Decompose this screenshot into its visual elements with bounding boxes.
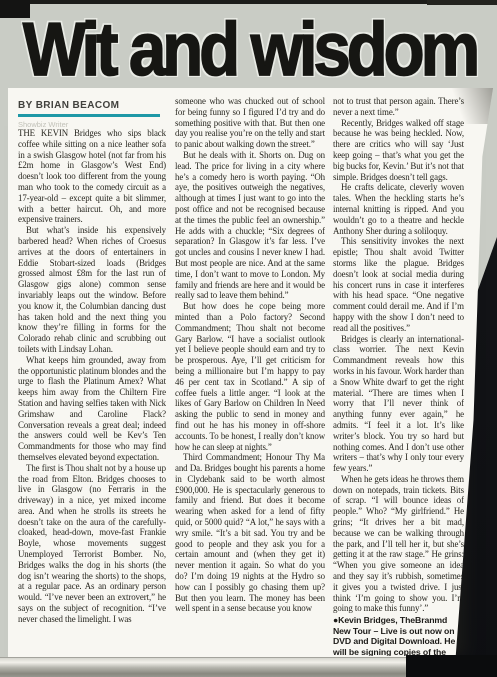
article-paper: BY BRIAN BEACOM Showbiz Writer THE KEVIN…: [8, 88, 497, 660]
newspaper-clipping-scan: Wit and wisdom BY BRIAN BEACOM Showbiz W…: [0, 0, 497, 677]
byline-block: BY BRIAN BEACOM Showbiz Writer: [18, 100, 168, 129]
paragraph: This sensitivity invokes the next epistl…: [333, 236, 464, 333]
paragraph: But how does he cope being more minted t…: [175, 301, 325, 452]
dvd-signing-note: ●Kevin Bridges, TheBranmd New Tour – Liv…: [333, 615, 464, 656]
paragraph: But what’s inside his expensively barber…: [18, 225, 166, 355]
byline-rule: [18, 114, 160, 117]
paragraph: But he deals with it. Shorts on. Dug on …: [175, 150, 325, 301]
scan-edge-bottom: [0, 657, 412, 677]
article-headline: Wit and wisdom: [4, 0, 495, 102]
paragraph: The first is Thou shalt not by a house u…: [18, 463, 166, 625]
paragraph: Bridges is clearly an international-clas…: [333, 334, 464, 474]
article-column-2: someone who was chucked out of school fo…: [175, 96, 325, 656]
paragraph: He crafts delicate, cleverly woven tales…: [333, 182, 464, 236]
paragraph: When he gets ideas he throws them down o…: [333, 474, 464, 614]
scan-corner-bottom-right: [406, 655, 497, 677]
article-column-1: THE KEVIN Bridges who sips black coffee …: [18, 128, 166, 654]
paragraph: Third Commandment; Honour Thy Ma and Da.…: [175, 452, 325, 614]
paragraph: Recently, Bridges walked off stage becau…: [333, 118, 464, 183]
article-column-3: not to trust that person again. There’s …: [333, 96, 464, 656]
paragraph: not to trust that person again. There’s …: [333, 96, 464, 118]
paragraph: THE KEVIN Bridges who sips black coffee …: [18, 128, 166, 225]
paragraph: someone who was chucked out of school fo…: [175, 96, 325, 150]
paragraph: What keeps him grounded, away from the o…: [18, 355, 166, 463]
byline: BY BRIAN BEACOM: [18, 100, 168, 111]
